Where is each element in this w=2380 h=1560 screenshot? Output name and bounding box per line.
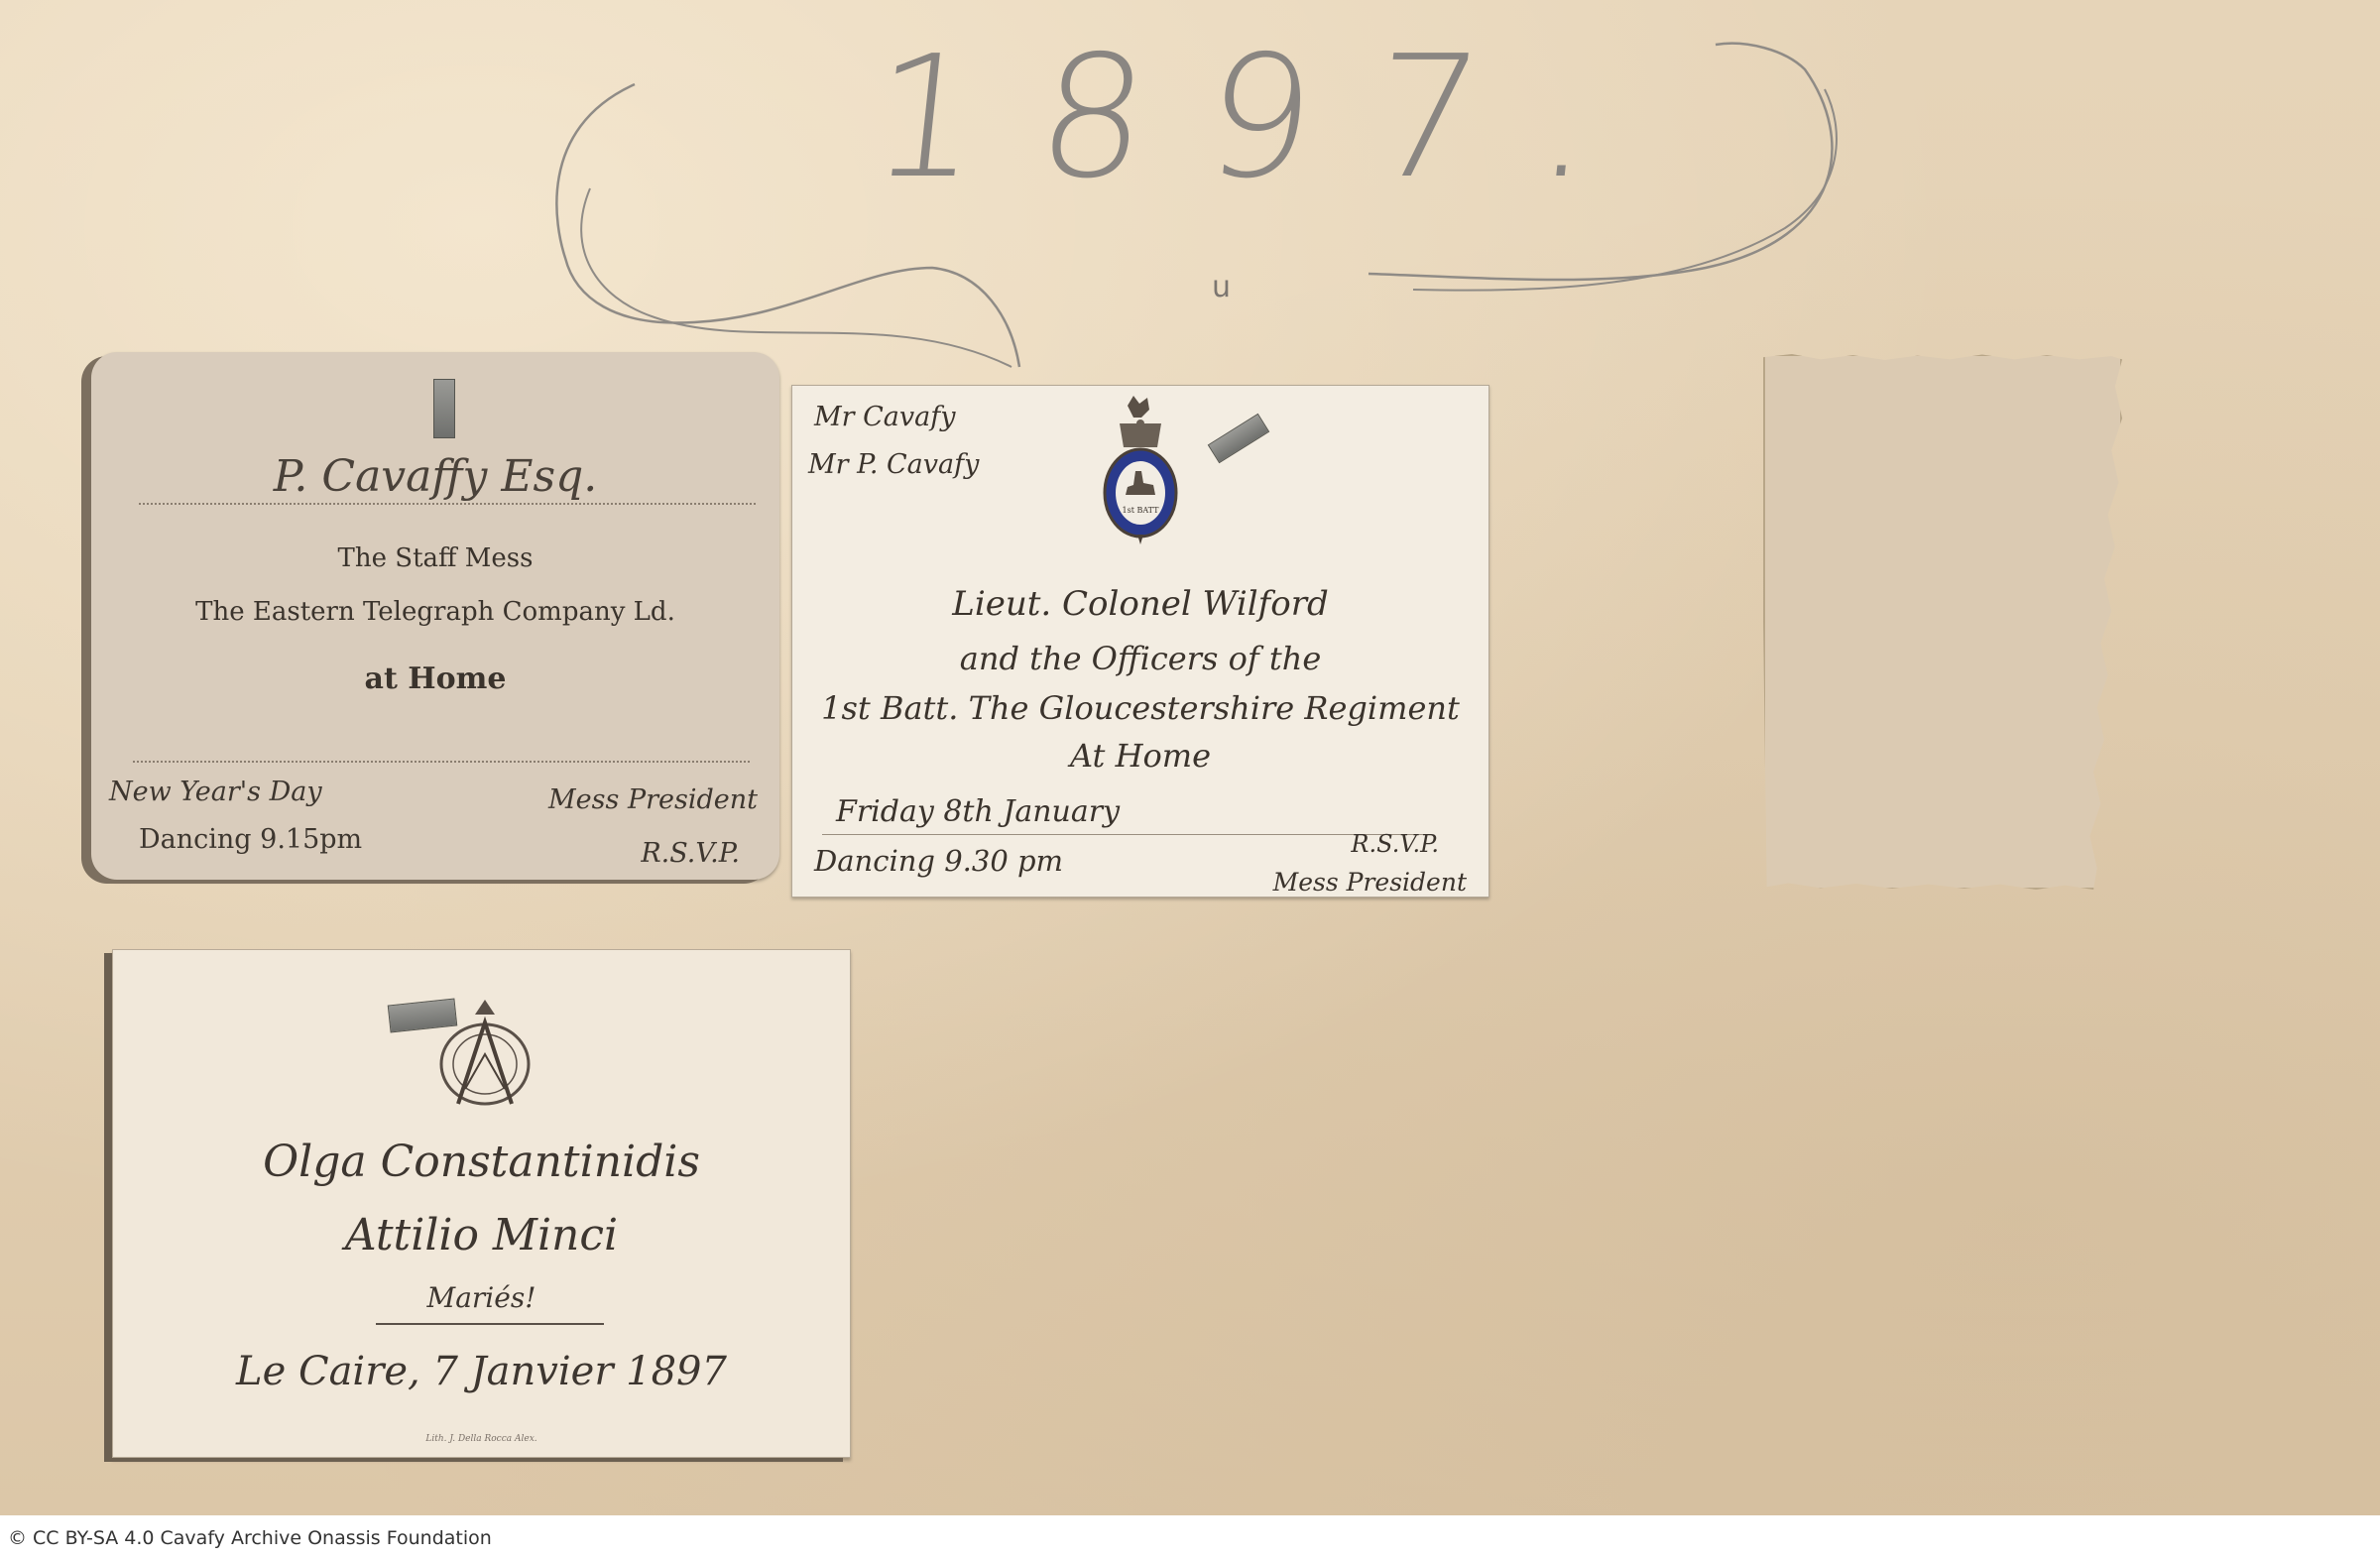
handwritten-host: Lieut. Colonel Wilford (792, 584, 1488, 624)
card-rsvp: R.S.V.P. (641, 838, 740, 869)
wedding-card: Olga Constantinidis Attilio Minci Mariés… (112, 949, 851, 1458)
handwritten-recipient: Mr P. Cavafy (808, 449, 979, 480)
card-line: 1st Batt. The Gloucestershire Regiment (792, 689, 1488, 727)
handwritten-recipient: Mr Cavafy (814, 402, 956, 432)
card-rsvp: R.S.V.P. (1351, 830, 1439, 858)
card-time: Dancing 9.30 pm (814, 844, 1063, 878)
blank-card-back (1763, 354, 2122, 890)
credit-line: © CC BY-SA 4.0 Cavafy Archive Onassis Fo… (8, 1527, 492, 1549)
card-line: The Staff Mess (91, 543, 779, 573)
eastern-telegraph-card: P. Cavaffy Esq. The Staff Mess The Easte… (91, 352, 779, 880)
handwritten-sender: Mess President (548, 784, 758, 815)
card-time: Dancing 9.15pm (139, 824, 362, 855)
svg-text:1st BATT: 1st BATT (1123, 506, 1160, 515)
card-line: The Eastern Telegraph Company Ld. (91, 597, 779, 627)
printer-mark: Lith. J. Della Rocca Alex. (113, 1434, 850, 1444)
card-line: Olga Constantinidis (113, 1137, 850, 1187)
handwritten-sender: Mess President (1273, 868, 1467, 897)
handwritten-date: New Year's Day (109, 777, 322, 807)
divider (139, 503, 756, 505)
year-heading: 1897. (863, 20, 1663, 216)
divider (133, 761, 750, 763)
tape-icon (1208, 414, 1270, 463)
monogram-icon (420, 995, 549, 1124)
card-recipient: P. Cavaffy Esq. (91, 451, 779, 502)
card-line: Le Caire, 7 Janvier 1897 (113, 1349, 850, 1394)
gloucestershire-card: Mr Cavafy Mr P. Cavafy 1st BATT Lieut. C… (791, 385, 1489, 898)
card-line: Attilio Minci (113, 1210, 850, 1260)
card-line: Mariés! (113, 1281, 850, 1314)
card-line: at Home (91, 661, 779, 696)
tape-icon (433, 379, 455, 438)
divider (376, 1323, 604, 1325)
card-line: At Home (792, 737, 1488, 775)
regimental-badge-icon: 1st BATT (1098, 396, 1183, 544)
album-page: 1897. u P. Cavaffy Esq. The Staff Mess T… (0, 0, 2380, 1515)
divider (822, 834, 1429, 835)
card-line: and the Officers of the (792, 640, 1488, 677)
handwritten-date: Friday 8th January (836, 794, 1120, 829)
page-mark: u (1212, 270, 1231, 304)
